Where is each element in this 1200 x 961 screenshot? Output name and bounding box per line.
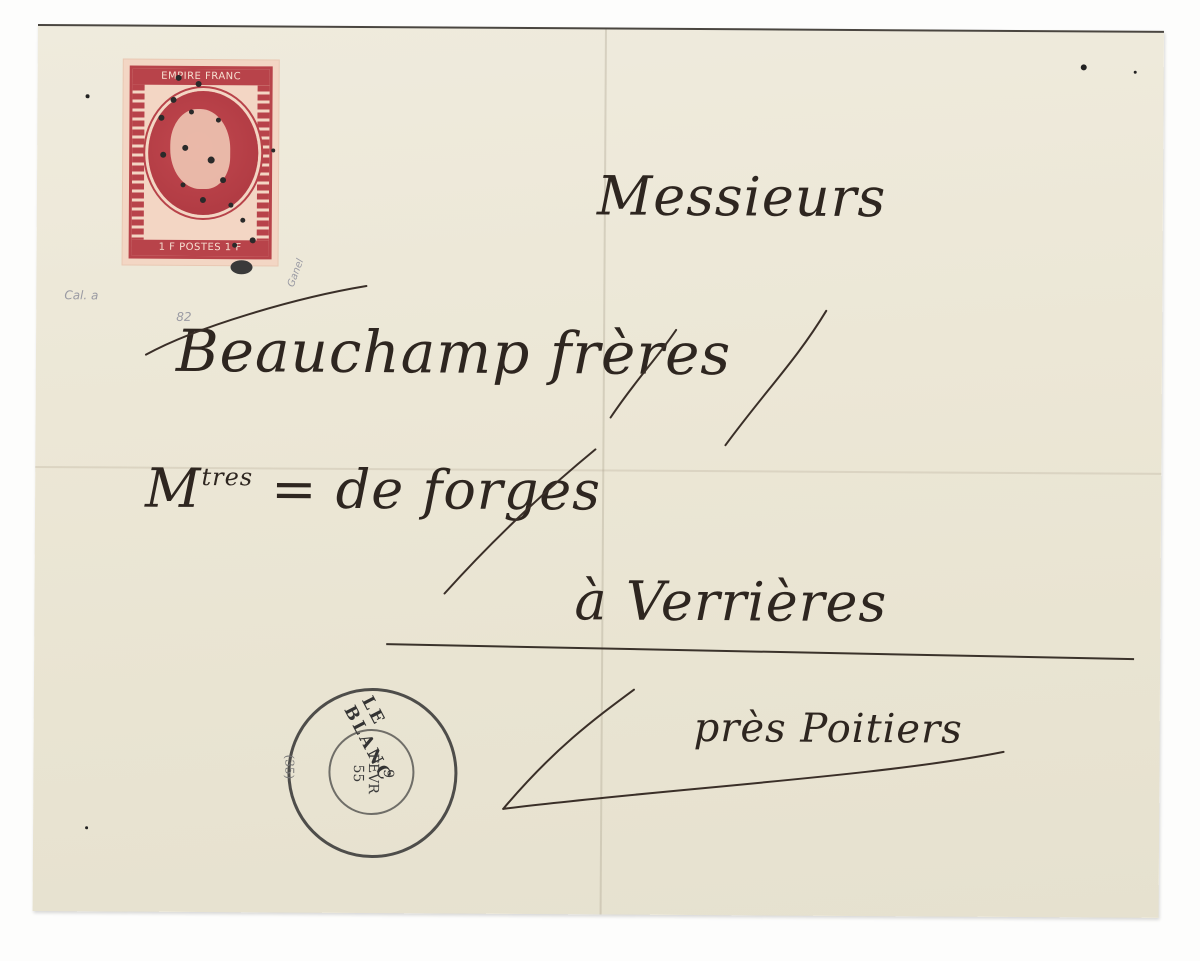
address-salutation: Messieurs <box>597 164 887 229</box>
address-underline <box>386 643 1134 660</box>
le-blanc-postmark: LE BLANC 9 FEVR 55 (35) <box>287 688 458 859</box>
postmark-year: 55 <box>350 751 365 795</box>
address-business-superscript: tres <box>201 463 253 491</box>
address-region: près Poitiers <box>694 705 963 753</box>
postmark-date: 9 FEVR 55 <box>350 751 395 795</box>
pencil-note-left: Cal. a <box>64 288 98 302</box>
address-town: à Verrières <box>574 569 887 634</box>
ink-speck <box>1134 71 1137 74</box>
ink-speck <box>85 826 88 829</box>
address-business-rest: = de forges <box>271 457 601 522</box>
address-recipient-name: Beauchamp frères <box>176 317 732 388</box>
ink-speck <box>86 94 90 98</box>
postage-stamp: EMPIRE FRANC 1 F POSTES 1 F <box>123 60 279 266</box>
expert-signature-mark: Ganel <box>286 258 306 289</box>
cancel-blot-icon <box>226 257 256 277</box>
address-business: Mtres = de forges <box>145 457 601 523</box>
ink-speck <box>1081 64 1087 70</box>
envelope: EMPIRE FRANC 1 F POSTES 1 F Cal. a 82 Ga… <box>33 24 1164 918</box>
postmark-department: (35) <box>282 755 296 780</box>
address-business-initial: M <box>145 457 202 520</box>
postmark-day: 9 <box>380 752 395 796</box>
postmark-month: FEVR <box>365 752 380 796</box>
dotted-cancel-icon <box>123 60 279 266</box>
postmark-inner-ring: 9 FEVR 55 <box>328 729 415 816</box>
